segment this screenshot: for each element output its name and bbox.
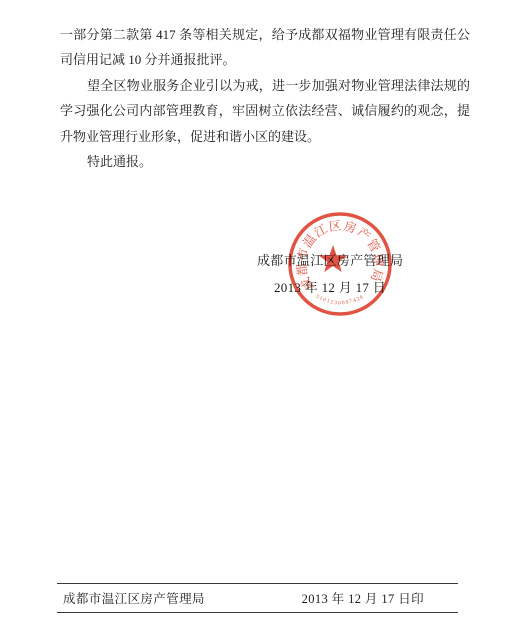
star-icon [319, 245, 348, 272]
body-text-line: 升物业管理行业形象，促进和谐小区的建设。 [60, 124, 470, 149]
document-page: 一部分第二款第 417 条等相关规定，给予成都双福物业管理有限责任公 司信用记减… [0, 0, 530, 631]
footer-print-date: 2013 年 12 月 17 日印 [302, 589, 424, 607]
footer-agency: 成都市温江区房产管理局 [63, 589, 205, 607]
body-text-line: 特此通报。 [60, 149, 470, 174]
body-text-line: 一部分第二款第 417 条等相关规定，给予成都双福物业管理有限责任公 [60, 22, 470, 47]
official-seal: 成都市温江区房产管理局 5101230097426 [286, 210, 394, 318]
body-text: 一部分第二款第 417 条等相关规定，给予成都双福物业管理有限责任公 司信用记减… [60, 22, 470, 174]
seal-code: 5101230097426 [315, 294, 366, 307]
body-text-line: 司信用记减 10 分并通报批评。 [60, 47, 470, 72]
footer-imprint: 成都市温江区房产管理局 2013 年 12 月 17 日印 [57, 583, 458, 613]
body-text-line: 学习强化公司内部管理教育，牢固树立依法经营、诚信履约的观念，提 [60, 98, 470, 123]
official-seal-graphic: 成都市温江区房产管理局 5101230097426 [286, 210, 394, 318]
body-text-line: 望全区物业服务企业引以为戒，进一步加强对物业管理法律法规的 [60, 73, 470, 98]
